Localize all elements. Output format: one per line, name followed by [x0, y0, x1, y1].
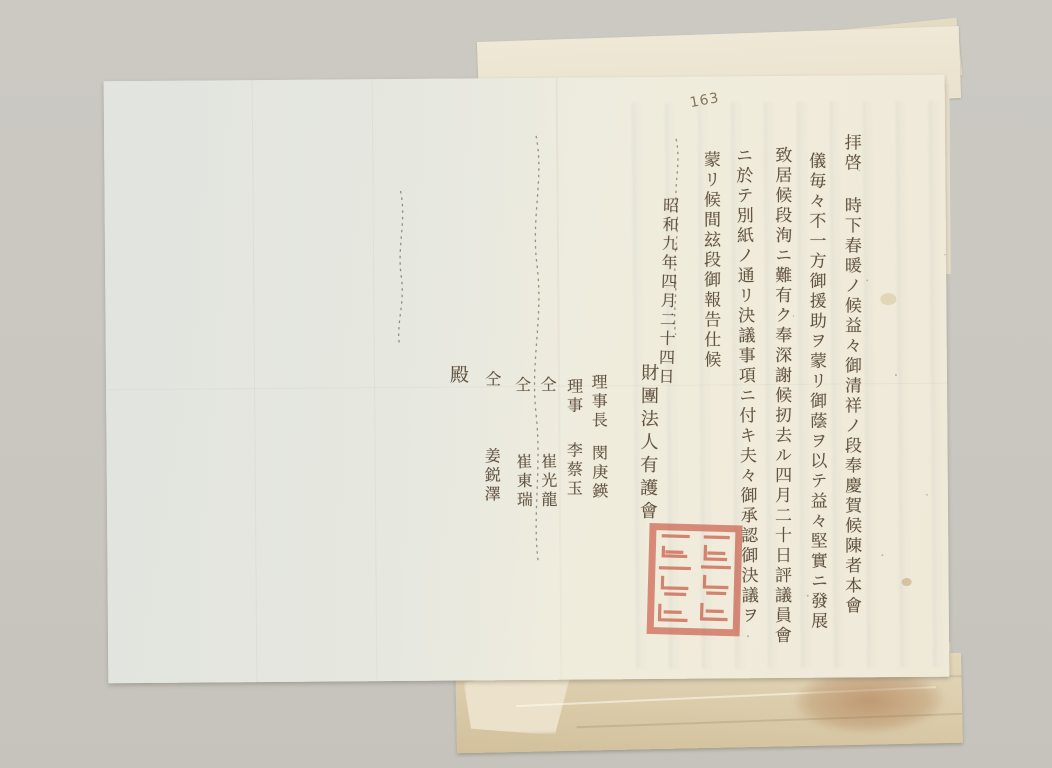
organization-column: 財團法人有護會 — [638, 363, 658, 524]
signatory-title: 理事長 — [589, 373, 608, 430]
photo-of-document: { "page": { "page_number": "163", "backg… — [0, 0, 1052, 768]
signatory-title: 仝 — [512, 376, 531, 395]
signature-column-director-4: 仝姜鋭澤 — [483, 370, 500, 504]
signature-column-director-2: 仝崔光龍 — [539, 376, 556, 510]
body-column-3: 致居候段洵ニ難有ク奉深謝候扨去ル四月二十日評議員會 — [772, 146, 789, 646]
fold-crease — [372, 79, 378, 681]
signatory-name: 崔光龍 — [539, 453, 558, 510]
addressee-honorific: 殿 — [448, 364, 467, 386]
signatory-name: 李蔡玉 — [564, 442, 583, 499]
signatory-title: 理事 — [565, 378, 584, 416]
body-column-1: 拝啓 時下春暖ノ候益々御清祥ノ段奉慶賀候陳者本會 — [842, 133, 859, 616]
signature-column-director-3: 仝崔東瑞 — [513, 376, 531, 510]
date-column: 昭和九年四月二十四日 — [657, 197, 678, 387]
signatory-name: 閔庚鍈 — [590, 444, 609, 501]
body-column-2: 儀毎々不一方御援助ヲ蒙リ御蔭ヲ以テ益々堅實ニ發展 — [806, 152, 825, 632]
signatory-title: 仝 — [538, 376, 557, 395]
signature-column-director-1: 理事李蔡玉 — [565, 378, 581, 499]
signature-column-chairman: 理事長閔庚鍈 — [590, 373, 607, 501]
signatory-title: 仝 — [483, 370, 502, 389]
letter-sheet: 163 拝啓 時下春暖ノ候益々御清祥ノ段奉慶賀候陳者本會 儀毎々不一方御援助ヲ蒙… — [104, 75, 950, 684]
signatory-name: 崔東瑞 — [514, 453, 534, 510]
foundation-red-seal — [645, 521, 744, 638]
body-column-5: 蒙リ候間玆段御報告仕候 — [701, 151, 719, 371]
signatory-name: 姜鋭澤 — [482, 447, 501, 504]
fold-crease — [252, 80, 258, 682]
